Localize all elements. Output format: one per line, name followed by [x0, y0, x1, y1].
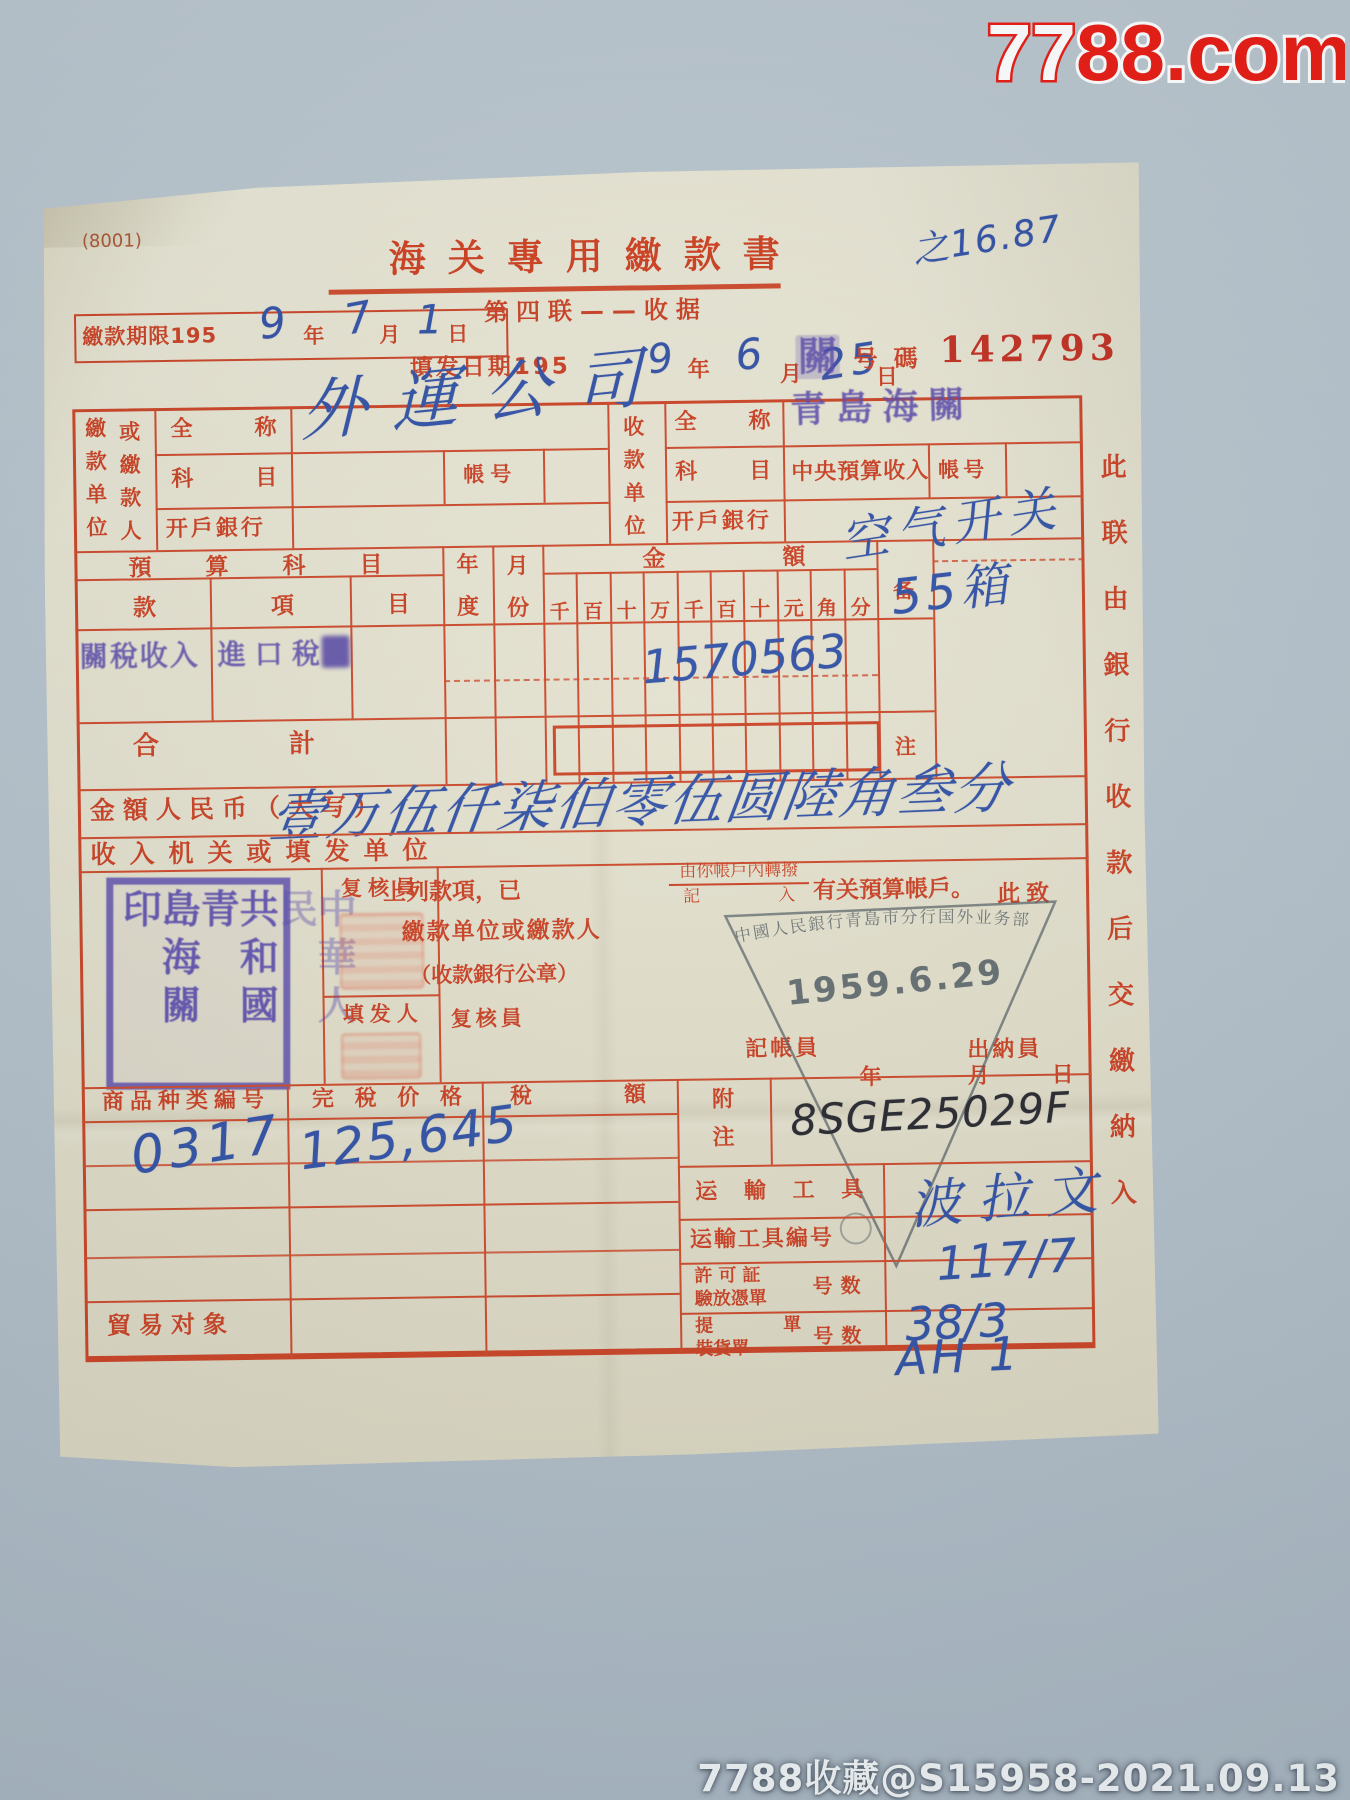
payer-name-label: 全称 — [170, 416, 276, 442]
filler-label: 填发人 — [343, 1002, 424, 1026]
payee-subject-value: 中央預算收入 — [791, 459, 929, 485]
tax-col-header: 稅額 — [510, 1083, 646, 1109]
payee-subject-label: 科目 — [675, 460, 771, 486]
digit: 7 — [698, 633, 732, 689]
ink-blot — [321, 635, 349, 667]
budget-col-sub: 目 — [387, 593, 410, 619]
watermark-7788-logo: 7788.com — [985, 4, 1345, 112]
payer-side-label-2: 或繳款人 — [116, 420, 141, 552]
deadline-day-value: 1 — [417, 300, 443, 340]
statement-frac-bottom-left: 記 — [683, 887, 700, 907]
bill-value: AH 1 — [895, 1330, 1023, 1382]
payee-bank-label: 开戶銀行 — [672, 510, 772, 536]
unit-shi1: 十 — [610, 599, 643, 621]
amount-header-2: 額 — [782, 545, 805, 571]
svg-text:7788.com: 7788.com — [987, 8, 1345, 97]
month-label-bottom: 份 — [507, 597, 529, 621]
budget-col-section: 項 — [271, 594, 294, 620]
total-label-1: 合 — [133, 732, 159, 761]
year-label-top: 年 — [456, 554, 478, 578]
unit-jiao: 角 — [810, 597, 844, 619]
tariff-item-stamp: 關稅收入 — [80, 642, 200, 672]
qingdao-customs-seal: 島海關印 共和國青 中華人民 — [106, 878, 290, 1090]
unit-yuan: 元 — [777, 597, 810, 619]
payee-side-label: 收款单位 — [620, 415, 645, 547]
transport-no-value: 117/7 — [935, 1232, 1080, 1287]
statement-post: 有关預算帳戶。 — [813, 877, 974, 905]
digit: 6 — [786, 626, 820, 682]
deadline-year-suffix: 年 — [303, 325, 324, 348]
permit-label-line1: 許可証 — [694, 1266, 766, 1287]
appendix-label-bottom: 注 — [712, 1126, 734, 1150]
title-underline — [329, 283, 781, 294]
transport-label: 运輸工具 — [695, 1178, 863, 1205]
issuer-label: 收入机关或填发单位 — [90, 836, 441, 868]
payer-side-label-1: 繳款单位 — [82, 417, 107, 549]
serial-label: 号碼 — [853, 345, 933, 373]
seal-column: 島海關印 — [119, 889, 197, 1079]
statement-pre: 上列款項，已 — [383, 879, 521, 906]
payee-name-label: 全称 — [674, 410, 770, 436]
reviewer2-label: 复核員 — [451, 1007, 526, 1031]
seal-column: 共和國青 — [197, 889, 275, 1079]
customs-receipt-paper: (8001) 海关專用繳款書 第四联——收据 之16.87 繳款期限195 9 … — [39, 162, 1159, 1469]
deadline-day-suffix: 日 — [447, 323, 468, 346]
payer-subject-label: 科目 — [171, 466, 277, 492]
payee-name-stamp: 青島海關 — [790, 387, 975, 429]
transport-no-label: 运輸工具編号 — [690, 1227, 834, 1253]
unit-qian1: 千 — [543, 600, 576, 622]
deadline-year-value: 9 — [257, 301, 289, 346]
watermark-credit: 7788收藏@S15958-2021.09.13 — [0, 1748, 1340, 1800]
issue-month-value: 6 — [734, 333, 765, 377]
statement-end: 此致 — [997, 882, 1055, 908]
logo-77: 77 — [987, 8, 1076, 97]
unit-bai2: 百 — [710, 598, 743, 620]
payee-account-label: 帳号 — [938, 459, 988, 483]
deadline-month-suffix: 月 — [379, 324, 400, 347]
budget-header: 預算科目 — [128, 553, 382, 582]
digit: 0 — [727, 631, 761, 687]
payer-bank-label: 开戶銀行 — [166, 517, 266, 543]
amount-header-1: 金 — [642, 547, 665, 573]
logo-88com: 88.com — [1076, 8, 1345, 97]
unit-bai1: 百 — [576, 600, 610, 622]
bookkeeper-label: 記帳員 — [745, 1037, 820, 1062]
digit: 5 — [669, 636, 703, 692]
unit-fen: 分 — [844, 596, 877, 618]
serial-number: 142793 — [939, 329, 1120, 371]
total-label-2: 計 — [289, 730, 315, 759]
permit-label-line2: 驗放憑單 — [695, 1289, 767, 1310]
permit-suffix: 号数 — [812, 1274, 868, 1297]
goods-note-line2: 55箱 — [888, 560, 1014, 622]
tariff-section-stamp: 進口稅 — [218, 640, 329, 670]
unit-qian2: 千 — [677, 598, 710, 620]
appendix-label-top: 附 — [712, 1088, 734, 1112]
budget-col-item: 款 — [133, 596, 156, 622]
paper-crease — [39, 174, 300, 248]
deadline-label: 繳款期限195 — [82, 324, 217, 349]
blue-annotation: 之16.87 — [910, 211, 1065, 270]
side-instruction: 此联由銀行收款后交繳納入 — [1093, 453, 1141, 1245]
page-title: 海关專用繳款書 — [290, 232, 901, 281]
bill-label-line2: 裝貨單 — [695, 1339, 749, 1360]
statement-fraction: 由你帳戶內轉撥 記 入 — [669, 861, 810, 907]
bill-suffix: 号数 — [813, 1324, 869, 1347]
year-label-bottom: 度 — [457, 596, 479, 620]
bank-seal-note: （收款銀行公章） — [410, 962, 578, 987]
statement-frac-top: 由你帳戶內轉撥 — [669, 861, 809, 885]
guan-stamp: 關 — [795, 335, 840, 380]
trade-target-label: 貿易对象 — [107, 1311, 235, 1339]
filler-red-stamp — [341, 1033, 422, 1080]
digit: 3 — [815, 623, 849, 679]
cashier-label: 出納員 — [967, 1038, 1042, 1063]
statement-frac-bottom-right: 入 — [778, 886, 795, 906]
form-number: (8001) — [82, 231, 142, 252]
payer-signature-line: 繳款单位或繳款人 — [401, 918, 601, 946]
photo-scene: (8001) 海关專用繳款書 第四联——收据 之16.87 繳款期限195 9 … — [0, 0, 1350, 1800]
bill-label-line1: 提單 — [695, 1315, 801, 1336]
payer-account-label: 帳号 — [463, 463, 517, 487]
unit-shi2: 十 — [743, 597, 777, 619]
issue-year-suffix: 年 — [688, 358, 710, 382]
unit-wan: 万 — [643, 599, 677, 621]
note-label-bottom: 注 — [895, 736, 916, 759]
month-label-top: 月 — [506, 555, 528, 579]
